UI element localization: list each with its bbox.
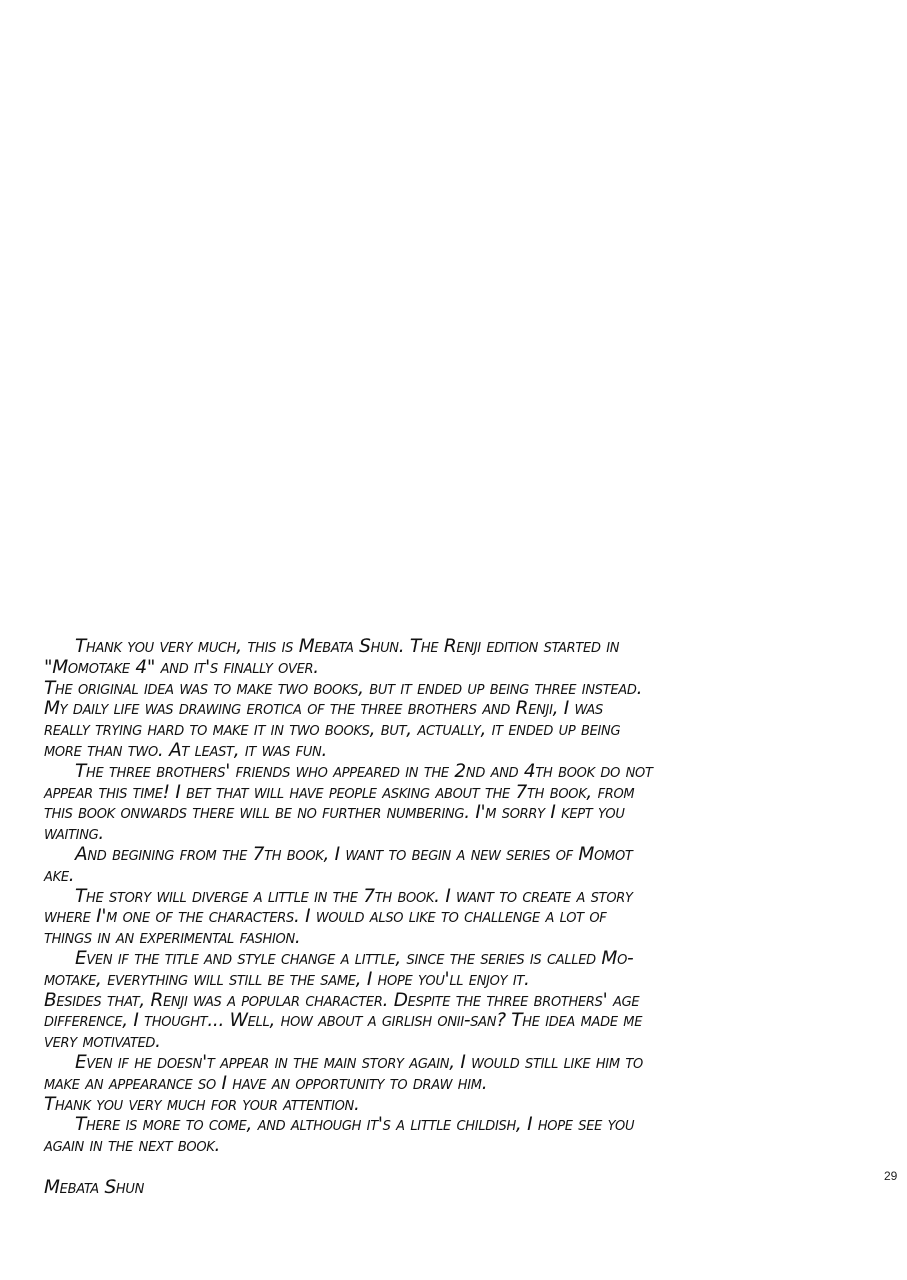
afterword-text: Thank you very much, this is Mebata Shun…	[44, 637, 834, 1157]
author-signature: Mebata Shun	[44, 1178, 144, 1199]
text-line: Besides that, Renji was a popular charac…	[44, 991, 834, 1012]
text-line: really trying hard to make it in two boo…	[44, 720, 834, 741]
document-page: Thank you very much, this is Mebata Shun…	[0, 0, 907, 1280]
text-line: Thank you very much, this is Mebata Shun…	[44, 637, 834, 658]
text-line: The story will diverge a little in the 7…	[44, 887, 834, 908]
text-line: appear this time! I bet that will have p…	[44, 783, 834, 804]
text-line: ake.	[44, 866, 834, 887]
text-line: difference, I thought... Well, how about…	[44, 1011, 834, 1032]
text-line: more than two. At least, it was fun.	[44, 741, 834, 762]
text-line: make an appearance so I have an opportun…	[44, 1074, 834, 1095]
text-line: waiting.	[44, 824, 834, 845]
text-line: The original idea was to make two books,…	[44, 679, 834, 700]
text-line: And begining from the 7th book, I want t…	[44, 845, 834, 866]
text-line: Even if he doesn't appear in the main st…	[44, 1053, 834, 1074]
text-line: There is more to come, and although it's…	[44, 1115, 834, 1136]
text-line: where I'm one of the characters. I would…	[44, 907, 834, 928]
text-line: again in the next book.	[44, 1136, 834, 1157]
text-line: "Momotake 4" and it's finally over.	[44, 658, 834, 679]
page-number: 29	[884, 1169, 897, 1183]
text-line: My daily life was drawing erotica of the…	[44, 699, 834, 720]
text-line: motake, everything will still be the sam…	[44, 970, 834, 991]
text-line: Thank you very much for your attention.	[44, 1095, 834, 1116]
text-line: very motivated.	[44, 1032, 834, 1053]
text-line: The three brothers' friends who appeared…	[44, 762, 834, 783]
text-line: Even if the title and style change a lit…	[44, 949, 834, 970]
text-line: this book onwards there will be no furth…	[44, 803, 834, 824]
text-line: things in an experimental fashion.	[44, 928, 834, 949]
